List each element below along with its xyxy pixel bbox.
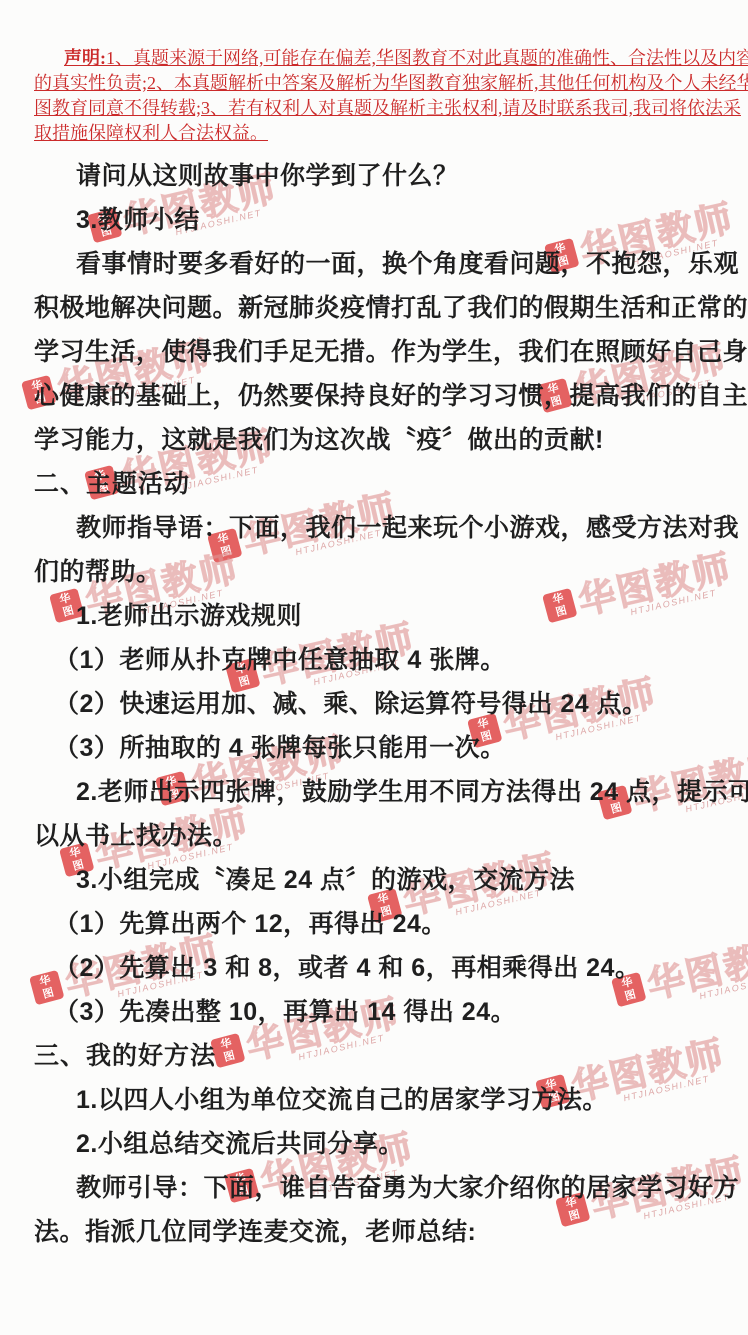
text-line: 请问从这则故事中你学到了什么？ — [34, 154, 714, 198]
text-line: 学习生活，使得我们手足无措。作为学生，我们在照顾好自己身 — [34, 330, 714, 374]
text-line: 2.老师出示四张牌，鼓励学生用不同方法得出 24 点，提示可 — [34, 770, 714, 814]
disclaimer-block: 声明:1、真题来源于网络,可能存在偏差,华图教育不对此真题的准确性、合法性以及内… — [34, 46, 720, 146]
text-line: （3）所抽取的 4 张牌每张只能用一次。 — [34, 726, 714, 770]
text-line: 心健康的基础上，仍然要保持良好的学习习惯，提高我们的自主 — [34, 374, 714, 418]
section-heading: 三、我的好方法 — [34, 1034, 714, 1078]
text-line: 法。指派几位同学连麦交流，老师总结: — [34, 1210, 714, 1254]
document-content: 声明:1、真题来源于网络,可能存在偏差,华图教育不对此真题的准确性、合法性以及内… — [0, 0, 748, 1335]
text-line: （2）快速运用加、减、乘、除运算符号得出 24 点。 — [34, 682, 714, 726]
text-line: 学习能力，这就是我们为这次战〝疫〞做出的贡献! — [34, 418, 714, 462]
text-line: （2）先算出 3 和 8，或者 4 和 6，再相乘得出 24。 — [34, 946, 714, 990]
text-line: 3.小组完成〝凑足 24 点〞的游戏，交流方法 — [34, 858, 714, 902]
section-heading: 二、主题活动 — [34, 462, 714, 506]
text-line: （1）老师从扑克牌中任意抽取 4 张牌。 — [34, 638, 714, 682]
disclaimer-line: 声明:1、真题来源于网络,可能存在偏差,华图教育不对此真题的准确性、合法性以及内… — [34, 46, 720, 71]
disclaimer-lead: 声明: — [64, 48, 106, 68]
disclaimer-line: 的真实性负责;2、本真题解析中答案及解析为华图教育独家解析,其他任何机构及个人未… — [34, 71, 720, 96]
disclaimer-line: 取措施保障权利人合法权益。 — [34, 121, 720, 146]
text-line: 看事情时要多看好的一面，换个角度看问题，不抱怨，乐观 — [34, 242, 714, 286]
text-line: 2.小组总结交流后共同分享。 — [34, 1122, 714, 1166]
text-line: （1）先算出两个 12，再得出 24。 — [34, 902, 714, 946]
lesson-plan-text: 请问从这则故事中你学到了什么？3.教师小结看事情时要多看好的一面，换个角度看问题… — [0, 154, 748, 1254]
text-line: 积极地解决问题。新冠肺炎疫情打乱了我们的假期生活和正常的 — [34, 286, 714, 330]
text-line: （3）先凑出整 10，再算出 14 得出 24。 — [34, 990, 714, 1034]
text-line: 们的帮助。 — [34, 550, 714, 594]
document-page: 华图华图教师HTJIAOSHI.NET华图华图教师HTJIAOSHI.NET华图… — [0, 0, 748, 1335]
disclaimer-line: 图教育同意不得转载;3、若有权利人对真题及解析主张权利,请及时联系我司,我司将依… — [34, 96, 720, 121]
text-line: 以从书上找办法。 — [34, 814, 714, 858]
text-line: 3.教师小结 — [34, 198, 714, 242]
text-line: 1.以四人小组为单位交流自己的居家学习方法。 — [34, 1078, 714, 1122]
text-line: 教师指导语：下面，我们一起来玩个小游戏，感受方法对我 — [34, 506, 714, 550]
text-line: 1.老师出示游戏规则 — [34, 594, 714, 638]
text-line: 教师引导：下面，谁自告奋勇为大家介绍你的居家学习好方 — [34, 1166, 714, 1210]
